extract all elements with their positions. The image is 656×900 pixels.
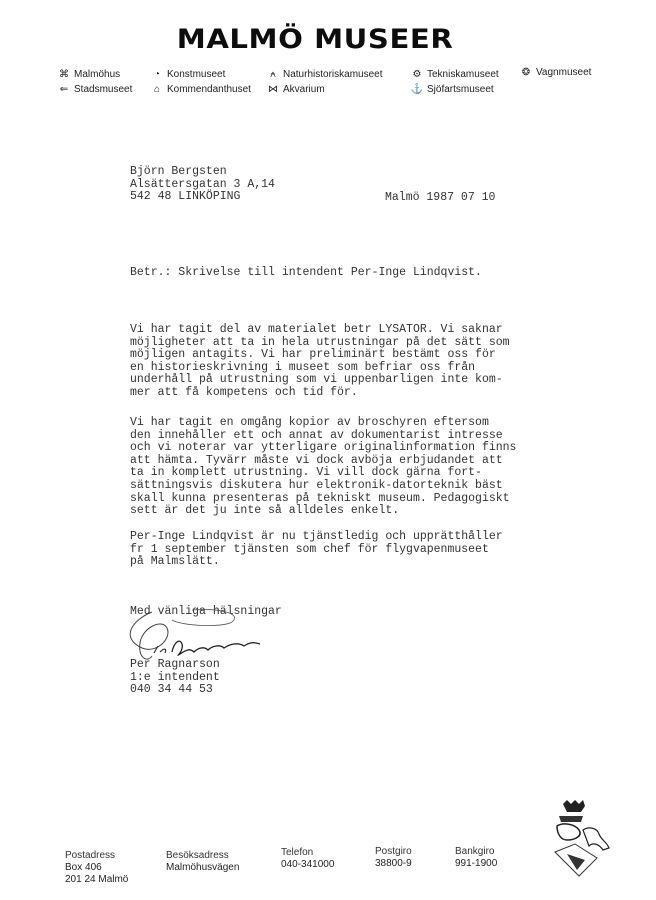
letter-date: Malmö 1987 07 10 xyxy=(385,192,495,205)
museum-label: Sjöfartsmuseet xyxy=(427,84,494,95)
house-icon: ⌂ xyxy=(150,84,164,95)
footer-besoksadress: BesöksadressMalmöhusvägen xyxy=(166,850,239,874)
footer-label: Postadress xyxy=(65,850,128,862)
anchor-icon: ⚓ xyxy=(410,84,424,95)
letterhead-title-text: MALMÖ MUSEER xyxy=(177,24,454,55)
signer-block: Per Ragnarson1:e intendent040 34 44 53 xyxy=(130,659,220,697)
museum-kommendanthuset: ⌂Kommendanthuset xyxy=(150,84,251,95)
hand-icon: ⇐ xyxy=(57,84,71,95)
body-paragraph-3: Per-Inge Lindqvist är nu tjänstledig och… xyxy=(130,531,503,569)
body-paragraph-2: Vi har tagit en omgång kopior av broschy… xyxy=(130,417,516,518)
museum-sjofartsmuseet: ⚓Sjöfartsmuseet xyxy=(410,84,494,95)
footer-value: 991-1900 xyxy=(455,858,497,870)
palette-icon: ◔ xyxy=(150,69,164,80)
footer-value: 040-341000 xyxy=(281,859,334,871)
letter-page: MALMÖ MUSEER ⌘Malmöhus ◔Konstmuseet ⍲Nat… xyxy=(0,0,656,900)
coat-of-arms-icon xyxy=(545,800,615,880)
footer-label: Besöksadress xyxy=(166,850,239,862)
footer-postgiro: Postgiro38800-9 xyxy=(375,846,412,870)
bird-icon: ⍲ xyxy=(266,69,280,80)
museum-tekniska: ⚙Tekniskamuseet xyxy=(410,69,499,80)
gear-icon: ⚙ xyxy=(410,69,424,80)
footer-value: 38800-9 xyxy=(375,858,412,870)
fish-icon: ⋈ xyxy=(266,84,280,95)
footer-label: Bankgiro xyxy=(455,846,497,858)
recipient-address: Björn BergstenAlsättersgatan 3 A,14542 4… xyxy=(130,166,275,204)
museum-label: Akvarium xyxy=(283,84,325,95)
footer-telefon: Telefon040-341000 xyxy=(281,847,334,871)
footer-value: 201 24 Malmö xyxy=(65,874,128,886)
museum-stadsmuseet: ⇐Stadsmuseet xyxy=(57,84,132,95)
museum-label: Kommendanthuset xyxy=(167,84,251,95)
museum-label: Tekniskamuseet xyxy=(427,69,499,80)
footer-label: Telefon xyxy=(281,847,334,859)
signer-phone: 040 34 44 53 xyxy=(130,684,220,697)
museum-vagnmuseet: ❂Vagnmuseet xyxy=(519,67,591,78)
footer-value: Box 406 xyxy=(65,862,128,874)
wheel-icon: ❂ xyxy=(519,67,533,78)
museum-malmohus: ⌘Malmöhus xyxy=(57,69,120,80)
museum-label: Malmöhus xyxy=(74,69,120,80)
recipient-name: Björn Bergsten xyxy=(130,166,275,179)
museum-label: Vagnmuseet xyxy=(536,67,591,78)
letter-subject: Betr.: Skrivelse till intendent Per-Inge… xyxy=(130,267,482,280)
footer-bankgiro: Bankgiro991-1900 xyxy=(455,846,497,870)
body-paragraph-1: Vi har tagit del av materialet betr LYSA… xyxy=(130,324,510,400)
museum-label: Konstmuseet xyxy=(167,69,225,80)
letterhead-title: MALMÖ MUSEER xyxy=(0,24,630,55)
museum-naturhistoriska: ⍲Naturhistoriskamuseet xyxy=(266,69,382,80)
footer-value: Malmöhusvägen xyxy=(166,862,239,874)
museum-label: Stadsmuseet xyxy=(74,84,132,95)
castle-icon: ⌘ xyxy=(57,69,71,80)
footer-postadress: PostadressBox 406201 24 Malmö xyxy=(65,850,128,886)
recipient-city: 542 48 LINKÖPING xyxy=(130,191,275,204)
museum-konstmuseet: ◔Konstmuseet xyxy=(150,69,225,80)
museum-akvarium: ⋈Akvarium xyxy=(266,84,325,95)
footer-label: Postgiro xyxy=(375,846,412,858)
signer-name: Per Ragnarson xyxy=(130,659,220,672)
museum-label: Naturhistoriskamuseet xyxy=(283,69,382,80)
